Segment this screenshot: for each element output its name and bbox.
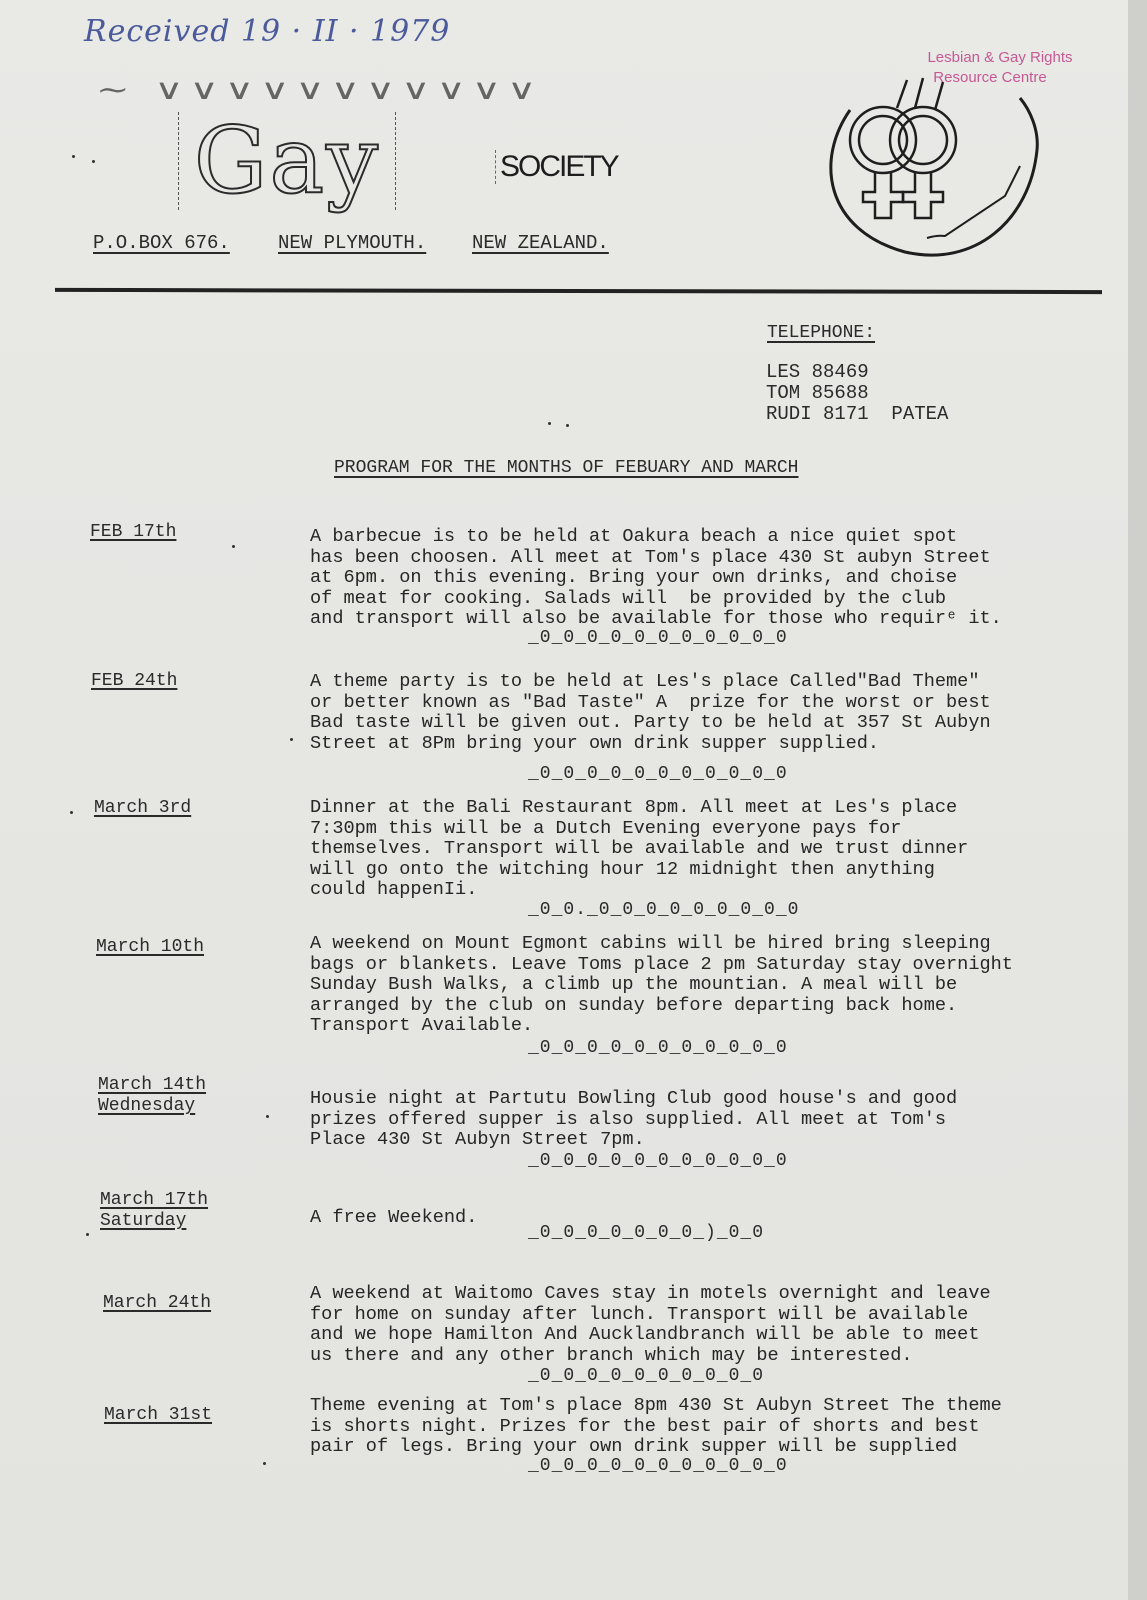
event-description-line: us there and any other branch which may …: [310, 1346, 1110, 1367]
event-description-line: Sunday Bush Walks, a climb up the mounti…: [310, 975, 1110, 996]
stamp-line-2: Resource Centre: [880, 68, 1100, 88]
stamp-line-1: Lesbian & Gay Rights: [927, 49, 1072, 66]
event-separator: _0_0_0_0_0_0_0_0_0_0_0: [528, 1456, 788, 1476]
event-separator: _0_0._0_0_0_0_0_0_0_0_0: [528, 900, 799, 920]
event-separator: _0_0_0_0_0_0_0_)_0_0: [528, 1223, 764, 1243]
event-date: March 17th: [100, 1190, 208, 1211]
event-description-line: at 6pm. on this evening. Bring your own …: [310, 568, 1110, 589]
event-date: FEB 24th: [91, 671, 177, 692]
event-description-line: or better known as "Bad Taste" A prize f…: [310, 693, 1110, 714]
logo-gay-wordmark: Gay: [178, 112, 396, 210]
event-description-line: 7:30pm this will be a Dutch Evening ever…: [310, 819, 1110, 840]
event-description-line: Place 430 St Aubyn Street 7pm.: [310, 1130, 1110, 1151]
event-description-line: could happenIi.: [310, 880, 1110, 901]
event-description-line: Transport Available.: [310, 1016, 1110, 1037]
logo-society-label: SOCIETY: [495, 150, 618, 184]
event-description-line: will go onto the witching hour 12 midnig…: [310, 860, 1110, 881]
event-description-line: of meat for cooking. Salads will be prov…: [310, 589, 1110, 610]
event-description-line: and we hope Hamilton And Aucklandbranch …: [310, 1325, 1110, 1346]
event-description-line: Theme evening at Tom's place 8pm 430 St …: [310, 1396, 1110, 1417]
event-date: March 24th: [103, 1293, 211, 1314]
event-description: A barbecue is to be held at Oakura beach…: [310, 527, 1110, 630]
event-description-line: Street at 8Pm bring your own drink suppe…: [310, 734, 1110, 755]
event-description: Theme evening at Tom's place 8pm 430 St …: [310, 1396, 1110, 1458]
event-description: Dinner at the Bali Restaurant 8pm. All m…: [310, 798, 1110, 901]
event-description-line: arranged by the club on sunday before de…: [310, 996, 1110, 1017]
event-date: March 10th: [96, 937, 204, 958]
letterhead-divider: [55, 288, 1102, 294]
letterhead-banner-partial: ~ ∨∨∨∨∨∨∨∨∨∨∨: [96, 74, 542, 106]
address-po-box: P.O.BOX 676.: [93, 232, 230, 254]
event-description-line: A theme party is to be held at Les's pla…: [310, 672, 1110, 693]
telephone-entry-les: LES 88469: [766, 362, 948, 383]
event-description-line: for home on sunday after lunch. Transpor…: [310, 1305, 1110, 1326]
resource-centre-stamp: Lesbian & Gay Rights Resource Centre: [900, 48, 1100, 88]
address-country: NEW ZEALAND.: [472, 232, 609, 254]
event-date: March 31st: [104, 1405, 212, 1426]
event-separator: _0_0_0_0_0_0_0_0_0_0_0: [528, 1151, 788, 1171]
event-description-line: pair of legs. Bring your own drink suppe…: [310, 1437, 1110, 1458]
event-separator: _0_0_0_0_0_0_0_0_0_0_0: [528, 764, 788, 784]
event-description-line: themselves. Transport will be available …: [310, 839, 1110, 860]
received-date-annotation: Received 19 · II · 1979: [84, 14, 450, 49]
event-description-line: Bad taste will be given out. Party to be…: [310, 713, 1110, 734]
event-description-line: Housie night at Partutu Bowling Club goo…: [310, 1089, 1110, 1110]
event-separator: _0_0_0_0_0_0_0_0_0_0: [528, 1366, 764, 1386]
event-weekday: Wednesday: [98, 1096, 195, 1117]
event-weekday: Saturday: [100, 1211, 186, 1232]
event-description-line: bags or blankets. Leave Toms place 2 pm …: [310, 955, 1110, 976]
event-description: Housie night at Partutu Bowling Club goo…: [310, 1089, 1110, 1151]
event-description: A weekend at Waitomo Caves stay in motel…: [310, 1284, 1110, 1366]
address-city: NEW PLYMOUTH.: [278, 232, 426, 254]
event-separator: _0_0_0_0_0_0_0_0_0_0_0: [528, 1038, 788, 1058]
telephone-entry-tom: TOM 85688: [766, 383, 948, 404]
event-description-line: prizes offered supper is also supplied. …: [310, 1110, 1110, 1131]
event-description-line: A weekend on Mount Egmont cabins will be…: [310, 934, 1110, 955]
event-description-line: A barbecue is to be held at Oakura beach…: [310, 527, 1110, 548]
scan-background-edge: [1128, 0, 1147, 1600]
program-title: PROGRAM FOR THE MONTHS OF FEBUARY AND MA…: [334, 458, 798, 478]
telephone-list: LES 88469 TOM 85688 RUDI 8171 PATEA: [766, 362, 948, 425]
telephone-entry-rudi: RUDI 8171 PATEA: [766, 404, 948, 425]
event-date: March 3rd: [94, 798, 191, 819]
event-description-line: A weekend at Waitomo Caves stay in motel…: [310, 1284, 1110, 1305]
event-description-line: Dinner at the Bali Restaurant 8pm. All m…: [310, 798, 1110, 819]
event-description: A weekend on Mount Egmont cabins will be…: [310, 934, 1110, 1037]
telephone-heading: TELEPHONE:: [767, 323, 875, 343]
event-description-line: and transport will also be available for…: [310, 609, 1110, 630]
event-date: March 14th: [98, 1075, 206, 1096]
double-female-symbol-emblem-icon: [815, 70, 1055, 265]
event-date: FEB 17th: [90, 522, 176, 543]
event-description: A theme party is to be held at Les's pla…: [310, 672, 1110, 754]
event-separator: _0_0_0_0_0_0_0_0_0_0_0: [528, 628, 788, 648]
scanned-letter-page: Received 19 · II · 1979 ~ ∨∨∨∨∨∨∨∨∨∨∨ Ga…: [0, 0, 1128, 1600]
event-description-line: is shorts night. Prizes for the best pai…: [310, 1417, 1110, 1438]
event-description-line: has been choosen. All meet at Tom's plac…: [310, 548, 1110, 569]
